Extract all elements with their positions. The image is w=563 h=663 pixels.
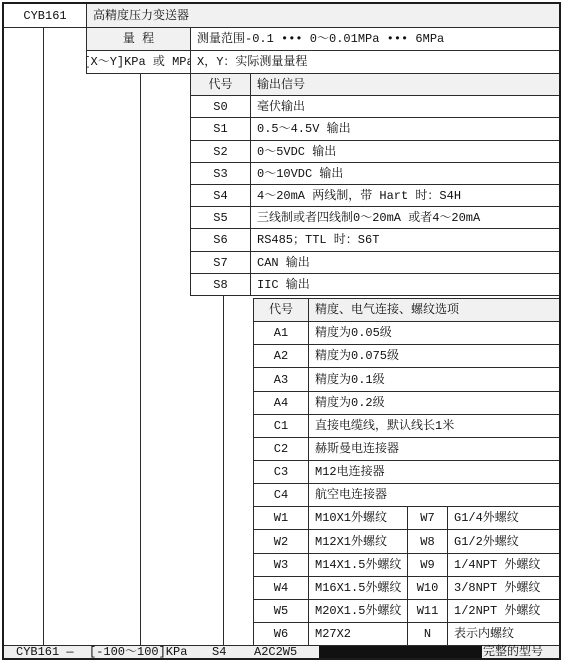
output-label-header: 输出信号: [250, 73, 560, 96]
option-row-desc: 精度为0.1级: [308, 367, 560, 392]
output-row-desc: 0～5VDC 输出: [250, 140, 560, 163]
output-row-code: S0: [190, 95, 251, 118]
output-row-desc: 毫伏输出: [250, 95, 560, 118]
example-model: CYB161 —: [16, 646, 74, 659]
output-row-code: S4: [190, 184, 251, 207]
product-name-cell: 高精度压力变送器: [86, 3, 560, 28]
thread-row-code2: W7: [407, 506, 448, 530]
example-range: [-100～100]KPa: [89, 646, 187, 659]
output-row-code: S7: [190, 251, 251, 274]
option-row-code: C3: [253, 460, 309, 484]
thread-row-code2: N: [407, 622, 448, 646]
output-row-desc: 0.5～4.5V 输出: [250, 117, 560, 141]
option-row-desc: 赫斯曼电连接器: [308, 437, 560, 461]
thread-row-code: W4: [253, 576, 309, 600]
option-row-code: C1: [253, 414, 309, 438]
option-row-code: C2: [253, 437, 309, 461]
thread-row-code2: W9: [407, 553, 448, 577]
example-model-row: CYB161 — [-100～100]KPa S4 A2C2W5 完整的型号: [3, 645, 560, 660]
range-slot-line: [140, 73, 141, 645]
output-row-code: S6: [190, 228, 251, 252]
thread-row-desc: M20X1.5外螺纹: [308, 599, 408, 623]
output-slot-line: [223, 295, 224, 645]
output-code-header: 代号: [190, 73, 251, 96]
output-row-desc: IIC 输出: [250, 273, 560, 296]
thread-row-code2: W10: [407, 576, 448, 600]
thread-row-desc2: 表示内螺纹: [447, 622, 560, 646]
thread-row-code: W1: [253, 506, 309, 530]
thread-row-code: W2: [253, 529, 309, 554]
option-row-code: A4: [253, 391, 309, 415]
thread-row-code2: W11: [407, 599, 448, 623]
output-row-desc: 0～10VDC 输出: [250, 162, 560, 185]
output-row-code: S5: [190, 206, 251, 229]
thread-row-code: W6: [253, 622, 309, 646]
option-row-desc: 精度为0.075级: [308, 344, 560, 368]
thread-row-desc2: 1/2NPT 外螺纹: [447, 599, 560, 623]
option-row-desc: 直接电缆线，默认线长1米: [308, 414, 560, 438]
output-row-code: S8: [190, 273, 251, 296]
option-row-code: A3: [253, 367, 309, 392]
output-row-desc: CAN 输出: [250, 251, 560, 274]
thread-row-code: W3: [253, 553, 309, 577]
thread-row-desc2: G1/2外螺纹: [447, 529, 560, 554]
output-row-code: S1: [190, 117, 251, 141]
example-label: 完整的型号: [483, 646, 543, 659]
thread-row-desc2: 1/4NPT 外螺纹: [447, 553, 560, 577]
example-options: A2C2W5: [254, 646, 297, 659]
model-selection-table: CYB161 高精度压力变送器 量 程 测量范围-0.1 ••• 0～0.01M…: [0, 0, 563, 663]
model-code-cell: CYB161: [3, 3, 87, 28]
range-format-cell: [X～Y]KPa 或 MPa: [86, 50, 191, 74]
thread-row-desc: M14X1.5外螺纹: [308, 553, 408, 577]
output-row-code: S3: [190, 162, 251, 185]
option-row-desc: 精度为0.2级: [308, 391, 560, 415]
range-label-cell: 量 程: [86, 27, 191, 51]
option-row-desc: 精度为0.05级: [308, 321, 560, 345]
option-row-code: A1: [253, 321, 309, 345]
option-row-desc: 航空电连接器: [308, 483, 560, 507]
divider-line: [43, 27, 44, 645]
thread-row-code2: W8: [407, 529, 448, 554]
example-rule-line: [319, 646, 482, 659]
thread-row-desc2: 3/8NPT 外螺纹: [447, 576, 560, 600]
example-output: S4: [212, 646, 226, 659]
output-row-code: S2: [190, 140, 251, 163]
output-row-desc: 4～20mA 两线制，带 Hart 时：S4H: [250, 184, 560, 207]
thread-row-code: W5: [253, 599, 309, 623]
thread-row-desc: M16X1.5外螺纹: [308, 576, 408, 600]
thread-row-desc2: G1/4外螺纹: [447, 506, 560, 530]
options-code-header: 代号: [253, 298, 309, 322]
thread-row-desc: M10X1外螺纹: [308, 506, 408, 530]
output-row-desc: RS485；TTL 时：S6T: [250, 228, 560, 252]
range-format-desc-cell: X，Y：实际测量量程: [190, 50, 560, 74]
range-value-cell: 测量范围-0.1 ••• 0～0.01MPa ••• 6MPa: [190, 27, 560, 51]
option-row-desc: M12电连接器: [308, 460, 560, 484]
option-row-code: A2: [253, 344, 309, 368]
thread-row-desc: M27X2: [308, 622, 408, 646]
thread-row-desc: M12X1外螺纹: [308, 529, 408, 554]
option-row-code: C4: [253, 483, 309, 507]
options-label-header: 精度、电气连接、螺纹选项: [308, 298, 560, 322]
output-row-desc: 三线制或者四线制0～20mA 或者4～20mA: [250, 206, 560, 229]
